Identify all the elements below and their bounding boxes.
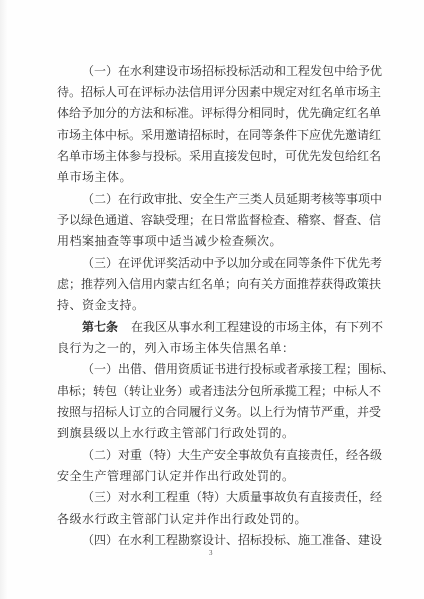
paragraph-line: （三）对水利工程重（特）大质量事故负有直接责任，经 — [57, 487, 369, 508]
paragraph-line: 待。招标人可在评标办法信用评分因素中规定对红名单市场主 — [57, 82, 369, 103]
paragraph-line: 串标；转包（转让业务）或者违法分包所承揽工程；中标人不 — [57, 381, 369, 402]
paragraph-line: 予以绿色通道、容缺受理；在日常监督检查、稽察、督查、信 — [57, 210, 369, 231]
article-heading-line: 第七条在我区从事水利工程建设的市场主体，有下列不 — [57, 317, 369, 338]
paragraph-line: 用档案抽查等事项中适当减少检查频次。 — [57, 231, 369, 252]
paragraph-line: 名单市场主体参与投标。采用直接发包时，可优先发包给红名 — [57, 146, 369, 167]
paragraph-line: 虑；推荐列入信用内蒙古红名单；向有关方面推荐获得政策扶 — [57, 274, 369, 295]
scan-edge-shadow — [0, 0, 8, 599]
paragraph-line: （一）出借、借用资质证书进行投标或者承接工程；围标、 — [57, 359, 369, 380]
paragraph-line: 按照与招标人订立的合同履行义务。以上行为情节严重，并受 — [57, 402, 369, 423]
paragraph-line: 持、资金支持。 — [57, 295, 369, 316]
paragraph-line: （一）在水利建设市场招标投标活动和工程发包中给予优 — [57, 61, 369, 82]
paragraph-line: 到旗县级以上水行政主管部门行政处罚的。 — [57, 423, 369, 444]
paragraph-line: 安全生产管理部门认定并作出行政处罚的。 — [57, 466, 369, 487]
page-number: 3 — [209, 549, 213, 557]
paragraph-line: 良行为之一的，列入市场主体失信黑名单： — [57, 338, 369, 359]
paragraph-line: （四）在水利工程勘察设计、招标投标、施工准备、建设 — [57, 530, 369, 551]
document-body: （一）在水利建设市场招标投标活动和工程发包中给予优 待。招标人可在评标办法信用评… — [57, 61, 369, 552]
paragraph-line: （三）在评优评奖活动中予以加分或在同等条件下优先考 — [57, 253, 369, 274]
paragraph-line: 体给予加分的方法和标准。评标得分相同时，优先确定红名单 — [57, 103, 369, 124]
document-page: （一）在水利建设市场招标投标活动和工程发包中给予优 待。招标人可在评标办法信用评… — [0, 0, 424, 599]
paragraph-line: （二）在行政审批、安全生产三类人员延期考核等事项中 — [57, 189, 369, 210]
paragraph-line: 单市场主体。 — [57, 167, 369, 188]
article-text: 在我区从事水利工程建设的市场主体，有下列不 — [131, 320, 383, 334]
paragraph-line: 各级水行政主管部门认定并作出行政处罚的。 — [57, 509, 369, 530]
paragraph-line: 市场主体中标。采用邀请招标时，在同等条件下应优先邀请红 — [57, 125, 369, 146]
article-label: 第七条 — [82, 320, 118, 334]
paragraph-line: （二）对重（特）大生产安全事故负有直接责任，经各级 — [57, 445, 369, 466]
